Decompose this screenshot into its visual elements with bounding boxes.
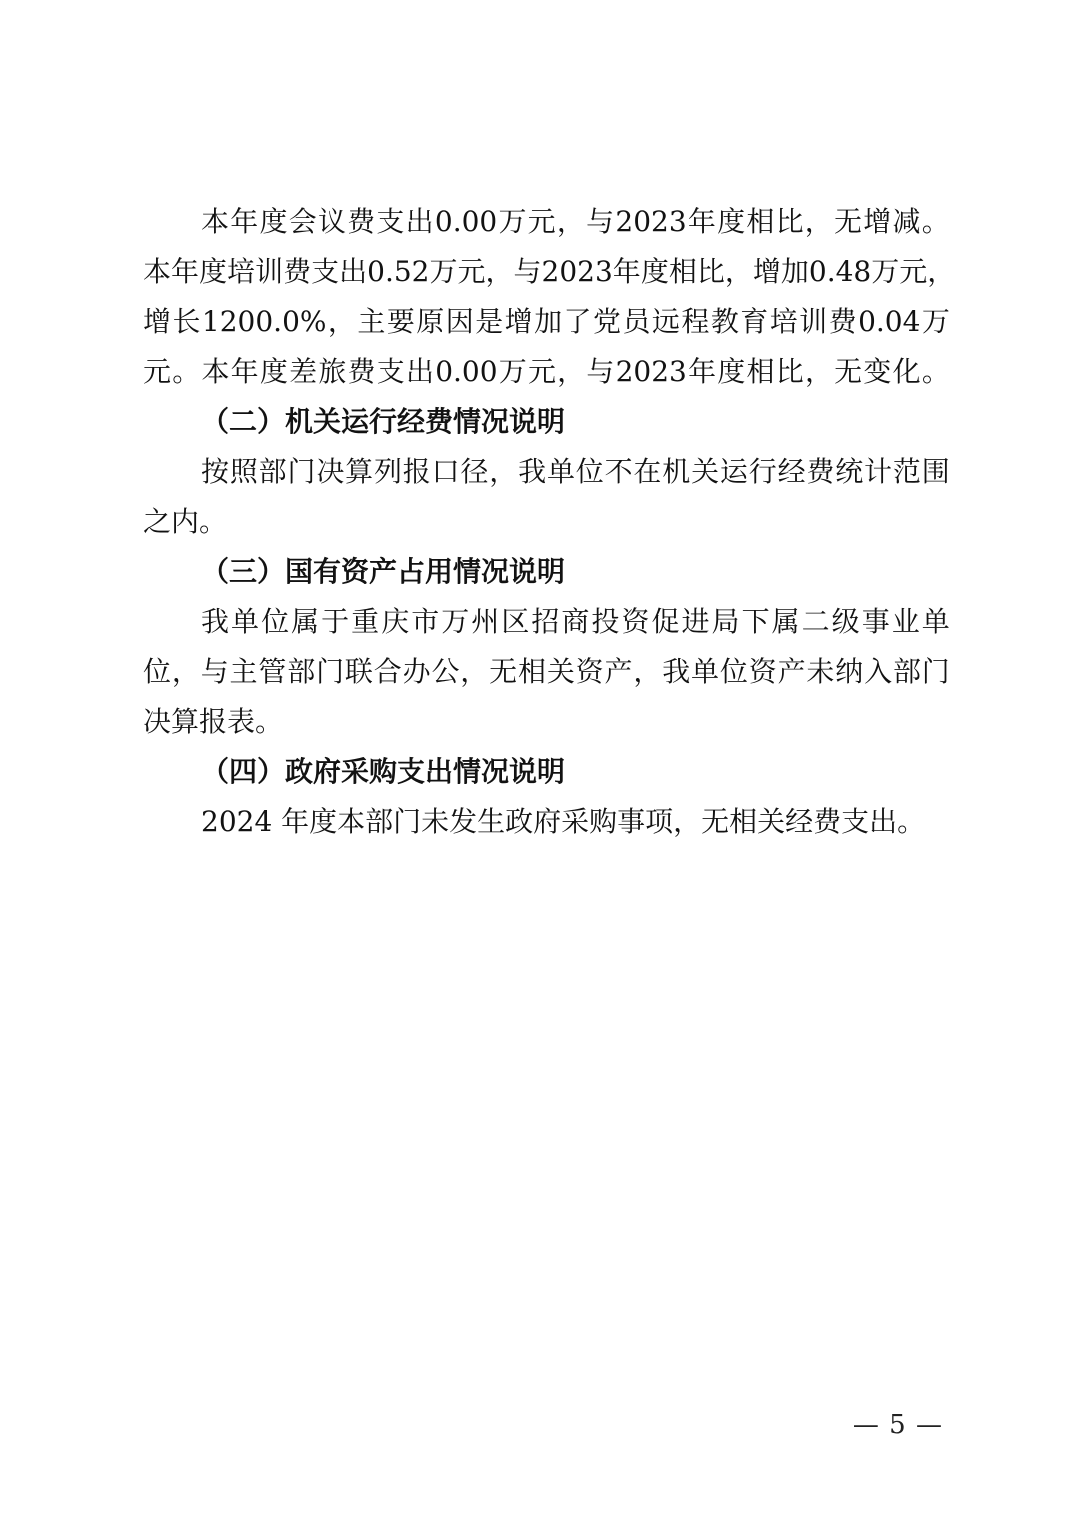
body-text-line: 位，与主管部门联合办公，无相关资产，我单位资产未纳入部门 [143, 647, 950, 697]
page-number: — 5 — [853, 1400, 943, 1450]
body-text-line: 决算报表。 [143, 697, 950, 747]
body-text-line: 元。本年度差旅费支出 0.00 万元，与 2023 年度相比，无变化。 [143, 347, 950, 397]
body-text-line: 我单位属于重庆市万州区招商投资促进局下属二级事业单 [143, 597, 950, 647]
section-heading-state-assets: （三）国有资产占用情况说明 [143, 547, 950, 597]
section-heading-operating-expenses: （二）机关运行经费情况说明 [143, 397, 950, 447]
document-page: 本年度会议费支出 0.00 万元，与 2023 年度相比，无增减。 本年度培训费… [0, 0, 1075, 1520]
body-text-line: 之内。 [143, 497, 950, 547]
body-text-line: 本年度会议费支出 0.00 万元，与 2023 年度相比，无增减。 [143, 197, 950, 247]
body-text-line: 2024 年度本部门未发生政府采购事项，无相关经费支出。 [143, 797, 950, 847]
section-heading-government-procurement: （四）政府采购支出情况说明 [143, 747, 950, 797]
body-text-line: 按照部门决算列报口径，我单位不在机关运行经费统计范围 [143, 447, 950, 497]
body-text-line: 本年度培训费支出 0.52 万元，与 2023 年度相比，增加 0.48 万元， [143, 247, 950, 297]
document-body: 本年度会议费支出 0.00 万元，与 2023 年度相比，无增减。 本年度培训费… [143, 197, 950, 847]
body-text-line: 增长 1200.0%，主要原因是增加了党员远程教育培训费 0.04 万 [143, 297, 950, 347]
